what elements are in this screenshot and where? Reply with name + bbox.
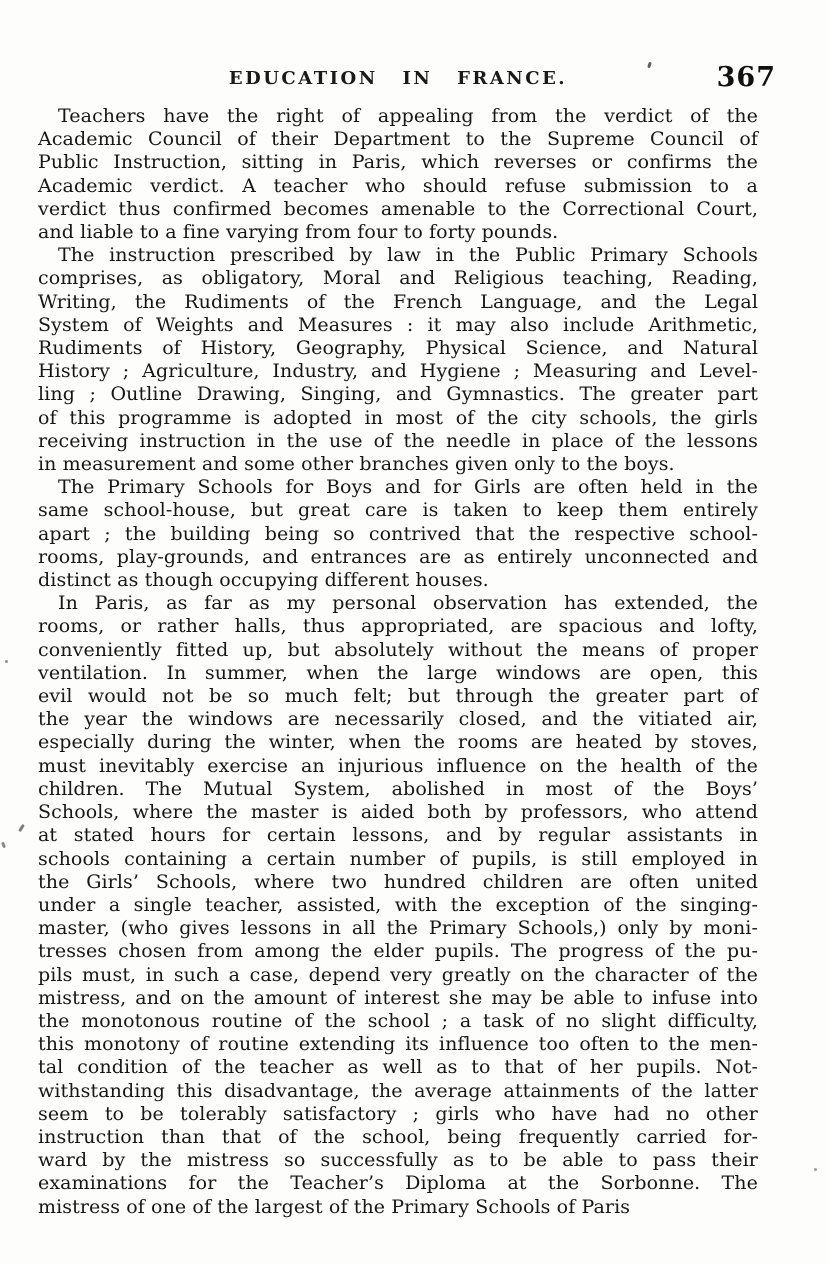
text-line: of this programme is adopted in most of …	[38, 407, 758, 430]
text-line: Academic Council of their Department to …	[38, 128, 758, 151]
body-text: Teachers have the right of appealing fro…	[38, 105, 758, 1219]
text-line: and liable to a fine varying from four t…	[38, 221, 758, 244]
text-line: evil would not be so much felt; but thro…	[38, 685, 758, 708]
text-line: the monotonous routine of the school ; a…	[38, 1010, 758, 1033]
text-line: this monotony of routine extending its i…	[38, 1033, 758, 1056]
text-line: The instruction prescribed by law in the…	[38, 244, 758, 267]
text-line: instruction than that of the school, bei…	[38, 1126, 758, 1149]
text-line: Schools, where the master is aided both …	[38, 801, 758, 824]
text-line: Teachers have the right of appealing fro…	[38, 105, 758, 128]
text-line: Writing, the Rudiments of the French Lan…	[38, 291, 758, 314]
paragraph: The Primary Schools for Boys and for Gir…	[38, 476, 758, 592]
page-header: EDUCATION IN FRANCE. 367	[38, 68, 758, 98]
page-number: 367	[717, 62, 776, 93]
scan-speck	[5, 660, 8, 663]
paragraph: Teachers have the right of appealing fro…	[38, 105, 758, 244]
text-line: conveniently fitted up, but absolutely w…	[38, 639, 758, 662]
text-line: in measurement and some other branches g…	[38, 453, 758, 476]
scanned-book-page: EDUCATION IN FRANCE. 367 Teachers have t…	[0, 0, 828, 1263]
text-line: examinations for the Teacher’s Diploma a…	[38, 1172, 758, 1195]
text-line: distinct as though occupying different h…	[38, 569, 758, 592]
text-line: seem to be tolerably satisfactory ; girl…	[38, 1103, 758, 1126]
scan-speck	[814, 1168, 817, 1171]
text-line: withstanding this disadvantage, the aver…	[38, 1080, 758, 1103]
text-line: ward by the mistress so successfully as …	[38, 1149, 758, 1172]
text-line: comprises, as obligatory, Moral and Reli…	[38, 267, 758, 290]
text-line: mistress, and on the amount of interest …	[38, 987, 758, 1010]
paragraph: The instruction prescribed by law in the…	[38, 244, 758, 476]
paragraph: In Paris, as far as my personal observat…	[38, 592, 758, 1218]
text-line: verdict thus confirmed becomes amenable …	[38, 198, 758, 221]
text-line: pils must, in such a case, depend very g…	[38, 964, 758, 987]
text-line: receiving instruction in the use of the …	[38, 430, 758, 453]
text-line: ling ; Outline Drawing, Singing, and Gym…	[38, 383, 758, 406]
text-line: under a single teacher, assisted, with t…	[38, 894, 758, 917]
text-line: History ; Agriculture, Industry, and Hyg…	[38, 360, 758, 383]
text-line: tal condition of the teacher as well as …	[38, 1056, 758, 1079]
text-line: the year the windows are necessarily clo…	[38, 708, 758, 731]
text-line: the Girls’ Schools, where two hundred ch…	[38, 871, 758, 894]
text-line: tresses chosen from among the elder pupi…	[38, 940, 758, 963]
text-line: mistress of one of the largest of the Pr…	[38, 1196, 758, 1219]
text-line: children. The Mutual System, abolished i…	[38, 778, 758, 801]
text-line: rooms, play-grounds, and entrances are a…	[38, 546, 758, 569]
scan-speck	[1, 842, 6, 849]
text-line: master, (who gives lessons in all the Pr…	[38, 917, 758, 940]
text-line: ventilation. In summer, when the large w…	[38, 662, 758, 685]
text-line: The Primary Schools for Boys and for Gir…	[38, 476, 758, 499]
text-line: System of Weights and Measures : it may …	[38, 314, 758, 337]
text-line: rooms, or rather halls, thus appropriate…	[38, 615, 758, 638]
text-line: must inevitably exercise an injurious in…	[38, 755, 758, 778]
scan-speck	[18, 824, 25, 832]
text-line: In Paris, as far as my personal observat…	[38, 592, 758, 615]
text-line: schools containing a certain number of p…	[38, 848, 758, 871]
running-title: EDUCATION IN FRANCE.	[38, 68, 758, 89]
text-line: Academic verdict. A teacher who should r…	[38, 175, 758, 198]
text-line: Rudiments of History, Geography, Physica…	[38, 337, 758, 360]
text-line: at stated hours for certain lessons, and…	[38, 824, 758, 847]
text-line: same school-house, but great care is tak…	[38, 499, 758, 522]
text-line: Public Instruction, sitting in Paris, wh…	[38, 151, 758, 174]
text-line: apart ; the building being so contrived …	[38, 523, 758, 546]
text-line: especially during the winter, when the r…	[38, 731, 758, 754]
